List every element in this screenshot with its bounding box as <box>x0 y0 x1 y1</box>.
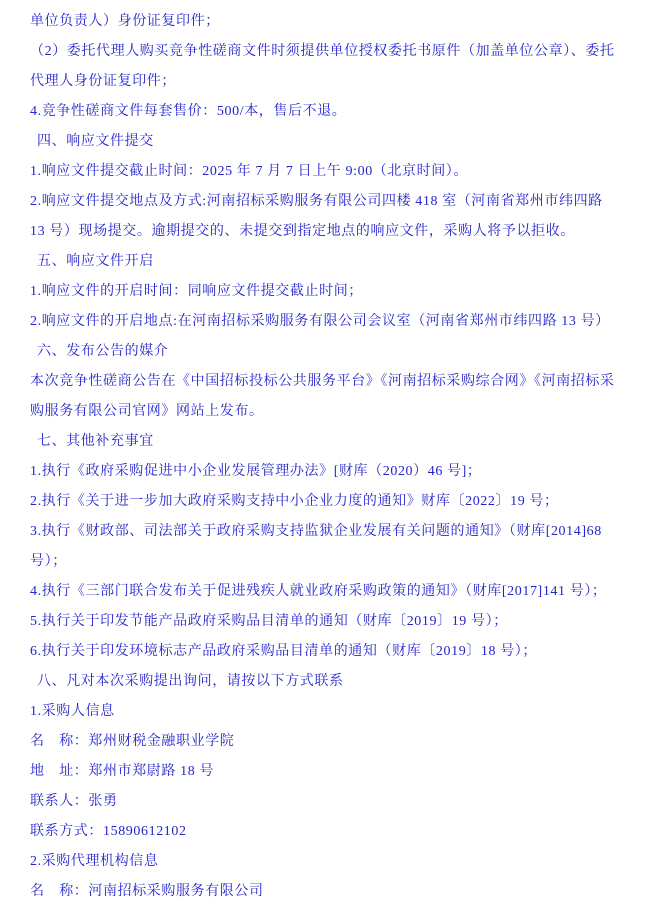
document-line: 代理人身份证复印件； <box>30 67 637 97</box>
document-line: 2.采购代理机构信息 <box>30 847 637 877</box>
document-line: 3.执行《财政部、司法部关于政府采购支持监狱企业发展有关问题的通知》（财库[20… <box>30 517 637 547</box>
document-line: 1.响应文件提交截止时间：2025 年 7 月 7 日上午 9:00（北京时间）… <box>30 157 637 187</box>
document-line: 地 址：郑州市郑尉路 18 号 <box>30 757 637 787</box>
section-heading-8: 八、凡对本次采购提出询问，请按以下方式联系 <box>30 667 637 697</box>
document-line: 号）； <box>30 547 637 577</box>
section-heading-7: 七、其他补充事宜 <box>30 427 637 457</box>
document-line: 4.竞争性磋商文件每套售价：500/本，售后不退。 <box>30 97 637 127</box>
document-line: 1.响应文件的开启时间：同响应文件提交截止时间； <box>30 277 637 307</box>
document-line: 2.响应文件提交地点及方式:河南招标采购服务有限公司四楼 418 室（河南省郑州… <box>30 187 637 217</box>
document-line: 联系人：张勇 <box>30 787 637 817</box>
document-line: 本次竞争性磋商公告在《中国招标投标公共服务平台》《河南招标采购综合网》《河南招标… <box>30 367 637 397</box>
document-line: 购服务有限公司官网》网站上发布。 <box>30 397 637 427</box>
document-line: 单位负责人）身份证复印件； <box>30 7 637 37</box>
document-line: 5.执行关于印发节能产品政府采购品目清单的通知（财库〔2019〕19 号）； <box>30 607 637 637</box>
document-line: 联系方式：15890612102 <box>30 817 637 847</box>
document-line: 6.执行关于印发环境标志产品政府采购品目清单的通知（财库〔2019〕18 号）； <box>30 637 637 667</box>
document-line: 名 称：郑州财税金融职业学院 <box>30 727 637 757</box>
document-line: 1.执行《政府采购促进中小企业发展管理办法》[财库（2020）46 号]； <box>30 457 637 487</box>
document-line: （2）委托代理人购买竞争性磋商文件时须提供单位授权委托书原件（加盖单位公章）、委… <box>30 37 637 67</box>
section-heading-6: 六、发布公告的媒介 <box>30 337 637 367</box>
section-heading-5: 五、响应文件开启 <box>30 247 637 277</box>
document-page: 单位负责人）身份证复印件； （2）委托代理人购买竞争性磋商文件时须提供单位授权委… <box>0 0 655 910</box>
document-line: 1.采购人信息 <box>30 697 637 727</box>
document-line: 2.执行《关于进一步加大政府采购支持中小企业力度的通知》财库〔2022〕19 号… <box>30 487 637 517</box>
document-line: 名 称：河南招标采购服务有限公司 <box>30 877 637 907</box>
section-heading-4: 四、响应文件提交 <box>30 127 637 157</box>
document-line: 4.执行《三部门联合发布关于促进残疾人就业政府采购政策的通知》（财库[2017]… <box>30 577 637 607</box>
document-line: 2.响应文件的开启地点:在河南招标采购服务有限公司会议室（河南省郑州市纬四路 1… <box>30 307 637 337</box>
document-line: 13 号）现场提交。逾期提交的、未提交到指定地点的响应文件，采购人将予以拒收。 <box>30 217 637 247</box>
